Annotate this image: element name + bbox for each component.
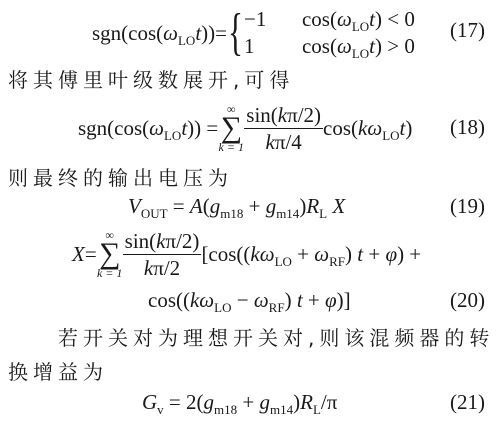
paragraph-fourier: 将其傅里叶级数展开,可得 xyxy=(8,64,294,93)
eq19-number: (19) xyxy=(450,194,485,219)
brace: { xyxy=(228,7,243,59)
eq17-lhs: sgn(cos(ωLOt))= xyxy=(92,21,227,45)
eq20-number: (20) xyxy=(450,288,485,313)
paragraph-output: 则最终的输出电压为 xyxy=(8,162,233,191)
paragraph-gain-2: 换增益为 xyxy=(8,356,108,385)
eq18-number: (18) xyxy=(450,115,485,140)
eq17-number: (17) xyxy=(450,18,485,43)
eq21-number: (21) xyxy=(450,390,485,415)
equation-21: Gv = 2(gm18 + gm14)RL/π xyxy=(142,390,337,414)
equation-17: sgn(cos(ωLOt))= { −1cos(ωLOt) < 0 1cos(ω… xyxy=(92,4,415,62)
fraction: sin(kπ/2) kπ/4 xyxy=(244,103,323,154)
equation-20-line2: cos((kωLO − ωRF) t + φ)] xyxy=(148,288,351,312)
equation-20: X= ∞∑k = 1 sin(kπ/2) kπ/2 [cos((kωLO + ω… xyxy=(72,222,421,286)
equation-19: VOUT = A(gm18 + gm14)RL X xyxy=(128,194,345,218)
paragraph-gain-1: 若开关对为理想开关对,则该混频器的转 xyxy=(58,322,494,351)
equation-18: sgn(cos(ωLOt)) = ∞ ∑ k = 1 sin(kπ/2) kπ/… xyxy=(78,96,412,160)
summation: ∞ ∑ k = 1 xyxy=(218,103,244,153)
eq17-cases: −1cos(ωLOt) < 0 1cos(ωLOt) > 0 xyxy=(244,6,415,60)
